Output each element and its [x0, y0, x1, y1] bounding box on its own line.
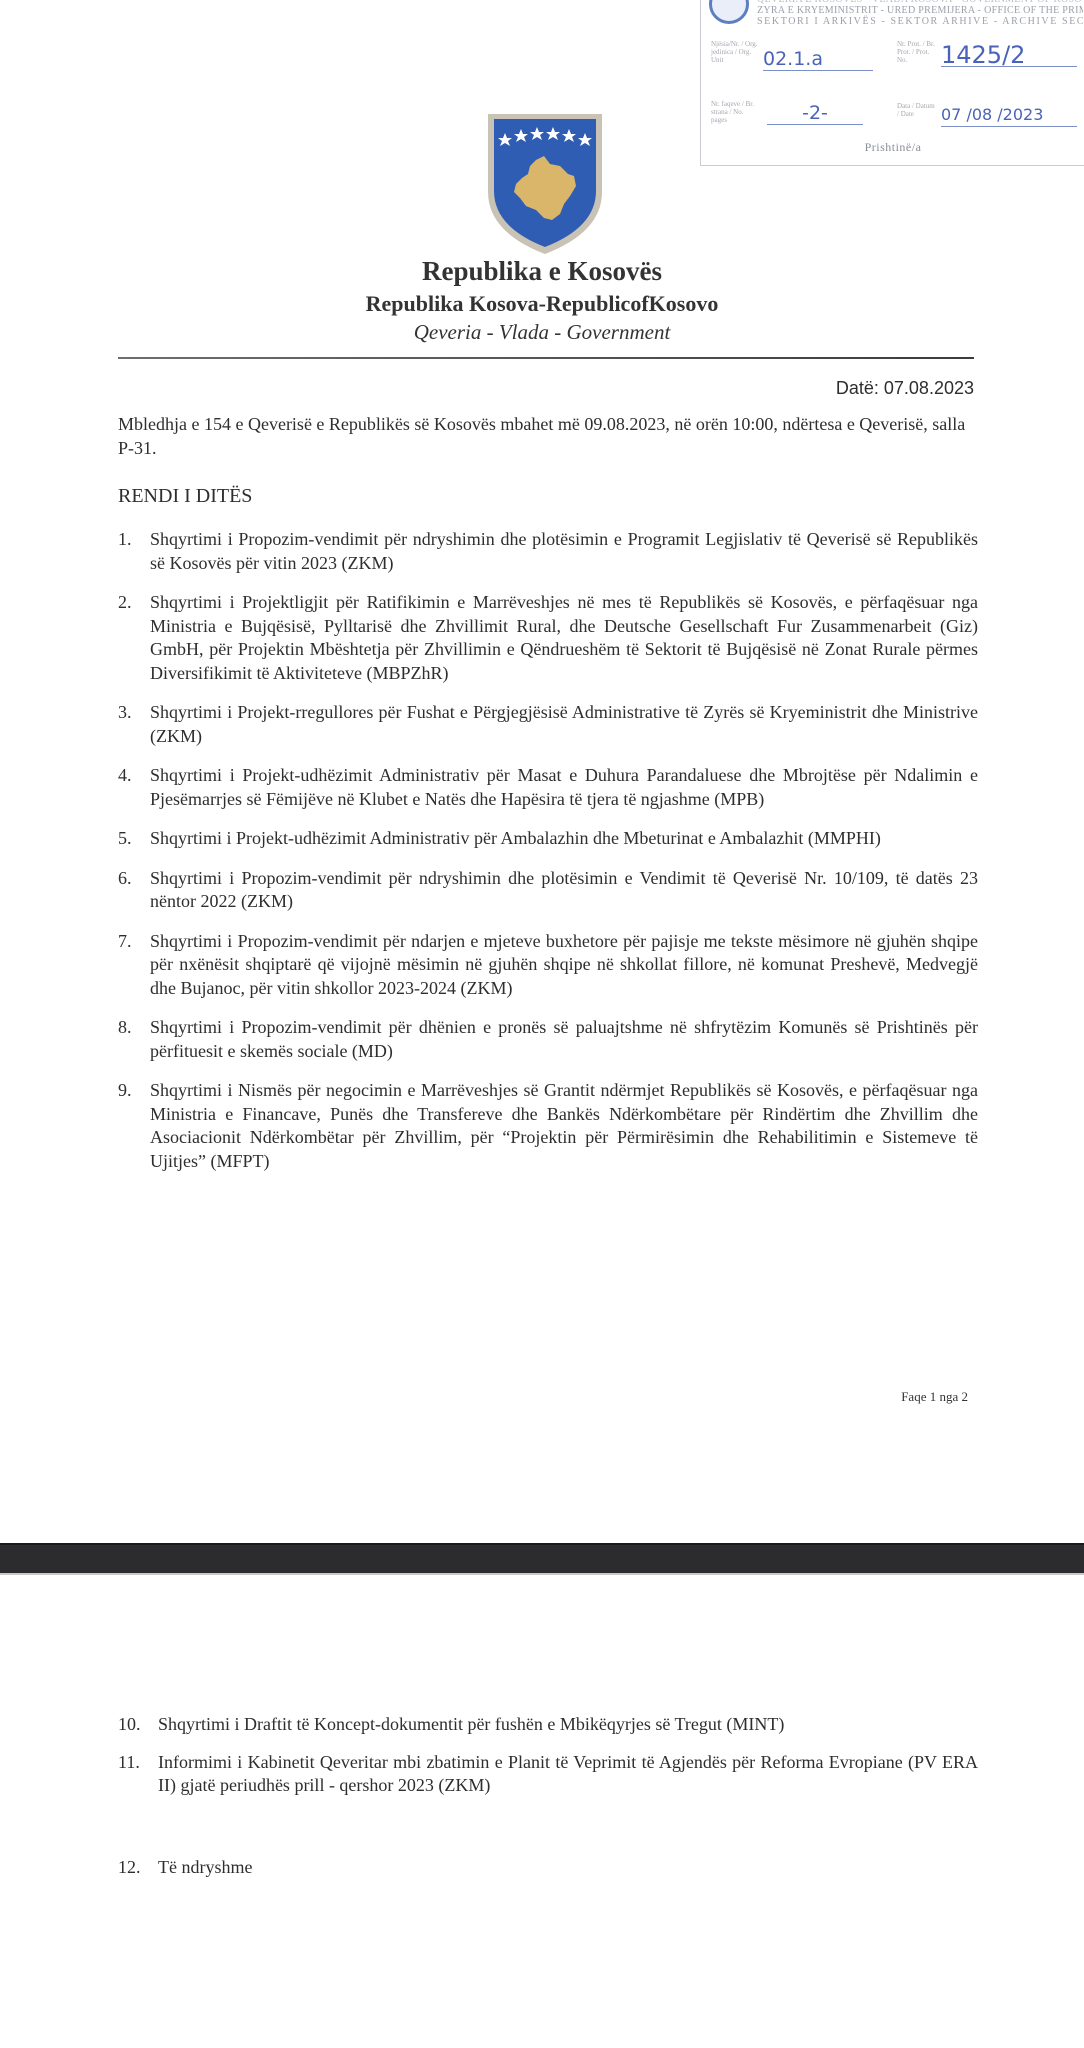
org-unit-label: Njësia/Nr. / Org. jedinica / Org. Unit — [711, 40, 759, 64]
header-title: Republika e Kosovës — [0, 256, 1084, 287]
agenda-item-number: 12. — [118, 1856, 141, 1880]
agenda-item: 6.Shqyrtimi i Propozim-vendimit për ndry… — [118, 867, 978, 914]
agenda-item: 5.Shqyrtimi i Projekt-udhëzimit Administ… — [118, 827, 978, 851]
agenda-item: 11.Informimi i Kabinetit Qeveritar mbi z… — [118, 1751, 978, 1798]
agenda-item-text: Shqyrtimi i Projektligjit për Ratifikimi… — [150, 591, 978, 685]
org-unit-value: 02.1.a — [763, 48, 873, 71]
prot-no-label: Nr. Prot. / Br. Prot. / Prot. No. — [897, 40, 937, 64]
stamp-header-line: Zyra e Kryeministrit - Ured Premijera - … — [757, 5, 1083, 16]
pages-label: Nr. faqeve / Br. strana / No. pages — [711, 100, 759, 124]
agenda-list-page-2: 10.Shqyrtimi i Draftit të Koncept-dokume… — [118, 1713, 978, 1879]
agenda-item-number: 2. — [118, 591, 132, 615]
header-subtitle: Republika Kosova-RepublicofKosovo — [0, 291, 1084, 317]
agenda-item: 4.Shqyrtimi i Projekt-udhëzimit Administ… — [118, 764, 978, 811]
agenda-title: RENDI I DITËS — [118, 485, 252, 508]
government-seal-icon — [709, 0, 749, 24]
archive-stamp: Qeveria e Kosovës • Vlada Kosova • Gover… — [700, 0, 1084, 166]
kosovo-coat-of-arms-icon — [478, 104, 612, 256]
pages-value: -2- — [767, 102, 863, 125]
agenda-item-text: Të ndryshme — [158, 1856, 978, 1880]
document-page-1: Qeveria e Kosovës • Vlada Kosova • Gover… — [0, 0, 1084, 1543]
header-government: Qeveria - Vlada - Government — [0, 320, 1084, 345]
agenda-item-number: 5. — [118, 827, 132, 851]
agenda-item-text: Informimi i Kabinetit Qeveritar mbi zbat… — [158, 1751, 978, 1798]
agenda-item: 3.Shqyrtimi i Projekt-rregullores për Fu… — [118, 701, 978, 748]
agenda-item: 12.Të ndryshme — [118, 1856, 978, 1880]
agenda-item-text: Shqyrtimi i Propozim-vendimit për ndrysh… — [150, 528, 978, 575]
agenda-item-text: Shqyrtimi i Nismës për negocimin e Marrë… — [150, 1079, 978, 1173]
agenda-item-text: Shqyrtimi i Propozim-vendimit për dhënie… — [150, 1016, 978, 1063]
prot-no-value: 1425/2 — [941, 44, 1077, 67]
agenda-item-text: Shqyrtimi i Projekt-udhëzimit Administra… — [150, 827, 978, 851]
date-value: 07 /08 /2023 — [941, 104, 1077, 127]
header-divider — [118, 357, 974, 359]
document-date: Datë: 07.08.2023 — [836, 378, 974, 399]
agenda-item-text: Shqyrtimi i Projekt-rregullores për Fush… — [150, 701, 978, 748]
agenda-item: 2.Shqyrtimi i Projektligjit për Ratifiki… — [118, 591, 978, 685]
agenda-item-text: Shqyrtimi i Draftit të Koncept-dokumenti… — [158, 1713, 978, 1737]
agenda-item-number: 9. — [118, 1079, 132, 1103]
agenda-item-number: 3. — [118, 701, 132, 725]
meeting-intro: Mbledhja e 154 e Qeverisë e Republikës s… — [118, 412, 978, 460]
page-number: Faqe 1 nga 2 — [901, 1389, 968, 1405]
agenda-item-text: Shqyrtimi i Projekt-udhëzimit Administra… — [150, 764, 978, 811]
agenda-item-number: 10. — [118, 1713, 141, 1737]
agenda-item-number: 1. — [118, 528, 132, 552]
agenda-item-number: 6. — [118, 867, 132, 891]
stamp-header: Qeveria e Kosovës • Vlada Kosova • Gover… — [757, 0, 1083, 27]
agenda-item: 7.Shqyrtimi i Propozim-vendimit për ndar… — [118, 930, 978, 1001]
agenda-item-text: Shqyrtimi i Propozim-vendimit për ndrysh… — [150, 867, 978, 914]
agenda-item-number: 7. — [118, 930, 132, 954]
stamp-place: Prishtinë/a — [701, 140, 1084, 155]
agenda-item-number: 4. — [118, 764, 132, 788]
date-label: Data / Datum / Date — [897, 102, 937, 118]
agenda-item: 1.Shqyrtimi i Propozim-vendimit për ndry… — [118, 528, 978, 575]
agenda-list-page-1: 1.Shqyrtimi i Propozim-vendimit për ndry… — [118, 528, 978, 1189]
page-separator — [0, 1543, 1084, 1575]
agenda-item-number: 8. — [118, 1016, 132, 1040]
agenda-item-text: Shqyrtimi i Propozim-vendimit për ndarje… — [150, 930, 978, 1001]
agenda-item: 10.Shqyrtimi i Draftit të Koncept-dokume… — [118, 1713, 978, 1737]
stamp-header-line: Sektori i Arkivës - Sektor Arhive - Arch… — [757, 16, 1083, 27]
agenda-item: 8.Shqyrtimi i Propozim-vendimit për dhën… — [118, 1016, 978, 1063]
agenda-item-number: 11. — [118, 1751, 140, 1775]
agenda-item: 9.Shqyrtimi i Nismës për negocimin e Mar… — [118, 1079, 978, 1173]
